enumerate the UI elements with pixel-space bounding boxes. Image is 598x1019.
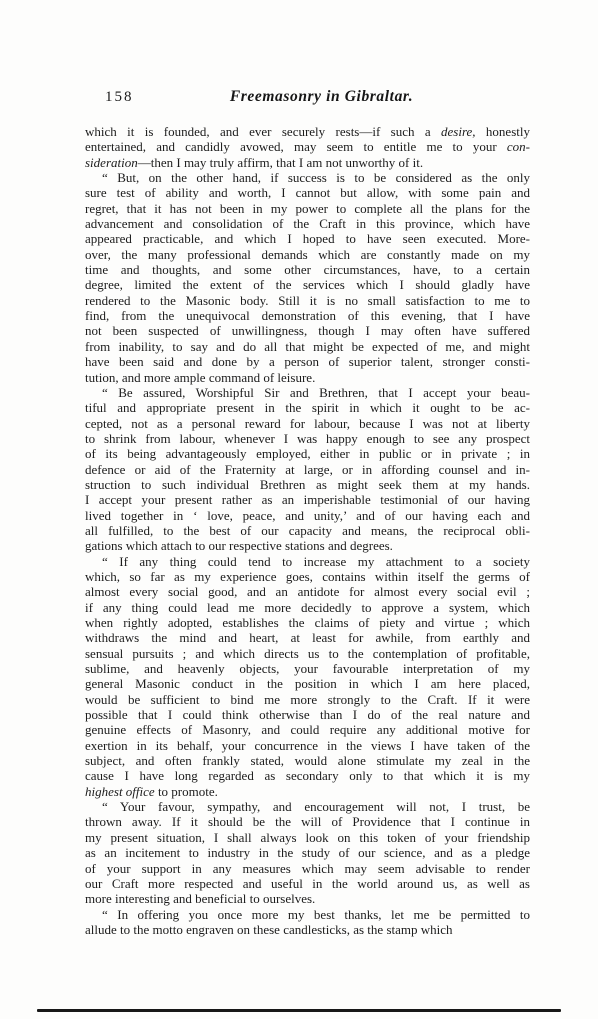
text-line: struction to such individual Brethren as… [85,477,530,492]
text-line: “ In offering you once more my best than… [85,907,530,922]
paragraph: “ In offering you once more my best than… [85,907,530,938]
text-line: which, so far as my experience goes, con… [85,569,530,584]
text-line: from inability, to say and do all that m… [85,339,530,354]
text-line: sure test of ability and worth, I cannot… [85,185,530,200]
italic-text: sideration [85,155,138,170]
page-bottom-scan-line [37,1009,561,1012]
text-line: appeared practicable, and which I hoped … [85,231,530,246]
text-line: tution, and more ample command of leisur… [85,370,530,385]
text-line: sublime, and heavenly objects, your favo… [85,661,530,676]
italic-text: desire, [441,124,476,139]
text-line: highest office to promote. [85,784,530,799]
text-line: would be sufficient to bind me more stro… [85,692,530,707]
text-line: subject, and often frankly stated, would… [85,753,530,768]
text-line: time and thoughts, and some other circum… [85,262,530,277]
text-line: possible that I could think otherwise th… [85,707,530,722]
text-line: sensual pursuits ; and which directs us … [85,646,530,661]
text-line: sideration—then I may truly affirm, that… [85,155,530,170]
text-line: withdraws the mind and heart, at least f… [85,630,530,645]
text-line: allude to the motto engraven on these ca… [85,922,530,937]
paragraph: “ Be assured, Worshipful Sir and Brethre… [85,385,530,554]
text-line: more interesting and beneficial to ourse… [85,891,530,906]
running-title: Freemasonry in Gibraltar. [85,88,530,106]
text-line: of your support in any measures which ma… [85,861,530,876]
text-line: cepted, not as a personal reward for lab… [85,416,530,431]
text-line: thrown away. If it should be the will of… [85,814,530,829]
paragraph: “ If any thing could tend to increase my… [85,554,530,800]
page-number: 158 [105,89,134,106]
text-line: my present situation, I shall always loo… [85,830,530,845]
text-line: general Masonic conduct in the position … [85,676,530,691]
text-line: “ Be assured, Worshipful Sir and Brethre… [85,385,530,400]
text-line: if any thing could lead me more decidedl… [85,600,530,615]
text-line: our Craft more respected and useful in t… [85,876,530,891]
text-line: exertion in its behalf, your concurrence… [85,738,530,753]
text-line: “ If any thing could tend to increase my… [85,554,530,569]
text-block: which it is founded, and ever securely r… [85,124,530,937]
text-line: find, from the unequivocal demonstration… [85,308,530,323]
text-line: genuine effects of Masonry, and could re… [85,722,530,737]
text-line: to shrink from labour, whenever I was ha… [85,431,530,446]
text-line: degree, limited the extent of the servic… [85,277,530,292]
text-line: gations which attach to our respective s… [85,538,530,553]
text-line: have been said and done by a person of s… [85,354,530,369]
paragraph: “ But, on the other hand, if success is … [85,170,530,385]
text-line: all fulfilled, to the best of our capaci… [85,523,530,538]
text-line: rendered to the Masonic body. Still it i… [85,293,530,308]
text-line: lived together in ‘ love, peace, and uni… [85,508,530,523]
text-line: as an incitement to industry in the stud… [85,845,530,860]
text-line: “ Your favour, sympathy, and encourageme… [85,799,530,814]
text-line: regret, that it has not been in my power… [85,201,530,216]
text-line: I accept your present rather as an imper… [85,492,530,507]
text-line: “ But, on the other hand, if success is … [85,170,530,185]
paragraph: “ Your favour, sympathy, and encourageme… [85,799,530,906]
page-header: 158 Freemasonry in Gibraltar. [85,88,530,110]
text-line: defence or aid of the Fraternity at larg… [85,462,530,477]
text-line: when rightly adopted, establishes the cl… [85,615,530,630]
text-line: almost every social good, and an antidot… [85,584,530,599]
text-line: which it is founded, and ever securely r… [85,124,530,139]
text-line: of its being advantageously employed, ei… [85,446,530,461]
text-line: entertained, and candidly avowed, may se… [85,139,530,154]
text-line: advancement and consolidation of the Cra… [85,216,530,231]
text-line: cause I have long regarded as secondary … [85,768,530,783]
scanned-book-page: 158 Freemasonry in Gibraltar. which it i… [0,0,598,1019]
text-line: over, the many professional demands whic… [85,247,530,262]
text-line: not been suspected of unwillingness, tho… [85,323,530,338]
italic-text: con- [507,139,530,154]
text-line: tiful and appropriate present in the spi… [85,400,530,415]
italic-text: highest office [85,784,155,799]
paragraph: which it is founded, and ever securely r… [85,124,530,170]
